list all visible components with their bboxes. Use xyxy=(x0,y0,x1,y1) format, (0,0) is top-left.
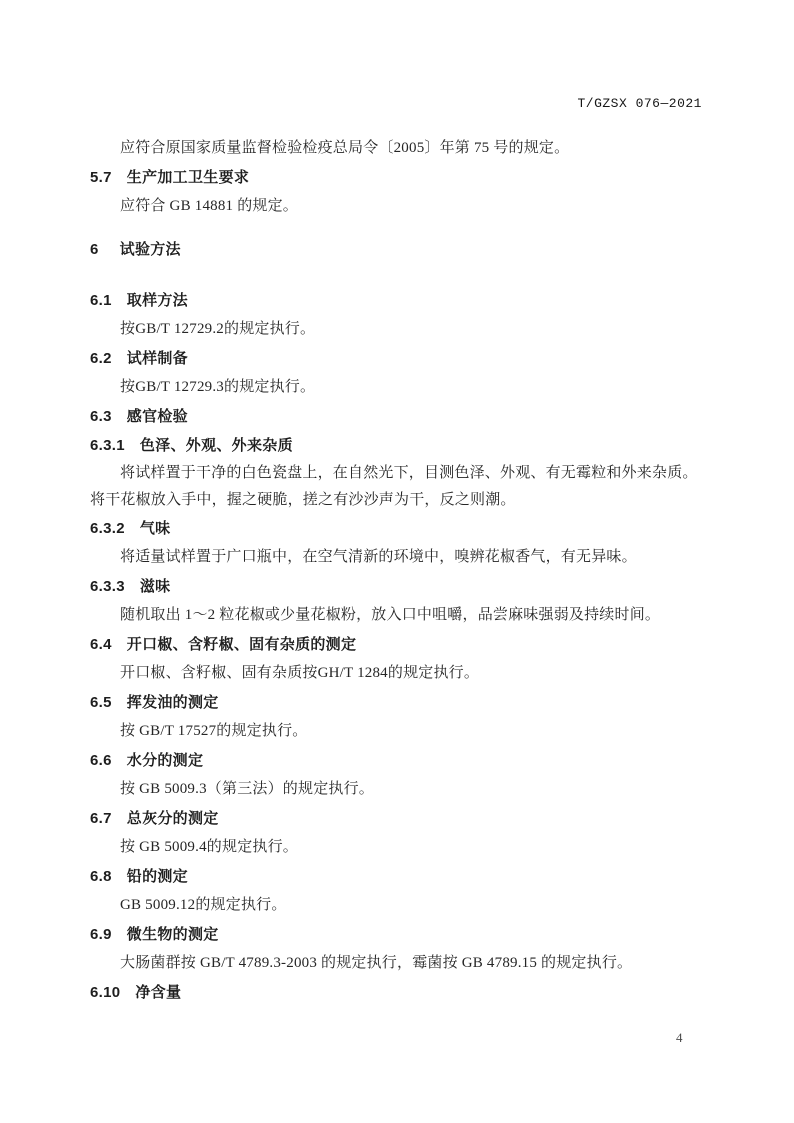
heading-number: 6.3.3 xyxy=(90,572,125,601)
heading-number: 6.8 xyxy=(90,862,112,891)
heading-6-7: 6.7 总灰分的测定 xyxy=(90,804,700,833)
heading-title: 感官检验 xyxy=(127,402,188,431)
para-6-7: 按 GB 5009.4的规定执行。 xyxy=(90,833,700,862)
heading-number: 6.3.1 xyxy=(90,431,125,460)
heading-6-9: 6.9 微生物的测定 xyxy=(90,920,700,949)
para-6-4: 开口椒、含籽椒、固有杂质按GH/T 1284的规定执行。 xyxy=(90,659,700,688)
heading-number: 6.4 xyxy=(90,630,112,659)
heading-6-6: 6.6 水分的测定 xyxy=(90,746,700,775)
para-6-2: 按GB/T 12729.3的规定执行。 xyxy=(90,373,700,402)
para-6-3-1: 将试样置于干净的白色瓷盘上，在自然光下，目测色泽、外观、有无霉粒和外来杂质。将干… xyxy=(90,460,700,514)
heading-title: 气味 xyxy=(140,514,171,543)
heading-number: 6.3.2 xyxy=(90,514,125,543)
heading-6-5: 6.5 挥发油的测定 xyxy=(90,688,700,717)
heading-title: 开口椒、含籽椒、固有杂质的测定 xyxy=(127,630,357,659)
heading-title: 铅的测定 xyxy=(127,862,188,891)
heading-6-3-2: 6.3.2 气味 xyxy=(90,514,700,543)
para-6-9: 大肠菌群按 GB/T 4789.3-2003 的规定执行，霉菌按 GB 4789… xyxy=(90,949,700,978)
heading-6-3-1: 6.3.1 色泽、外观、外来杂质 xyxy=(90,431,700,460)
heading-6-8: 6.8 铅的测定 xyxy=(90,862,700,891)
heading-title: 微生物的测定 xyxy=(127,920,219,949)
page-number: 4 xyxy=(676,1030,683,1046)
para-6-5: 按 GB/T 17527的规定执行。 xyxy=(90,717,700,746)
heading-title: 水分的测定 xyxy=(127,746,204,775)
para-5-6-reference: 应符合原国家质量监督检验检疫总局令〔2005〕年第 75 号的规定。 xyxy=(90,134,700,163)
heading-title: 生产加工卫生要求 xyxy=(127,163,249,192)
heading-title: 取样方法 xyxy=(127,286,188,315)
heading-title: 试样制备 xyxy=(127,344,188,373)
heading-6-1: 6.1 取样方法 xyxy=(90,286,700,315)
heading-title: 滋味 xyxy=(140,572,171,601)
heading-number: 6 xyxy=(90,235,99,264)
heading-number: 6.1 xyxy=(90,286,112,315)
heading-number: 6.10 xyxy=(90,978,120,1007)
heading-title: 总灰分的测定 xyxy=(127,804,219,833)
heading-6-4: 6.4 开口椒、含籽椒、固有杂质的测定 xyxy=(90,630,700,659)
heading-number: 6.5 xyxy=(90,688,112,717)
heading-number: 6.9 xyxy=(90,920,112,949)
para-6-3-3: 随机取出 1～2 粒花椒或少量花椒粉，放入口中咀嚼，品尝麻味强弱及持续时间。 xyxy=(90,601,700,630)
heading-6-2: 6.2 试样制备 xyxy=(90,344,700,373)
document-page: T/GZSX 076—2021 应符合原国家质量监督检验检疫总局令〔2005〕年… xyxy=(0,0,794,1123)
heading-number: 6.3 xyxy=(90,402,112,431)
para-6-1: 按GB/T 12729.2的规定执行。 xyxy=(90,315,700,344)
heading-title: 试验方法 xyxy=(120,235,181,264)
heading-title: 色泽、外观、外来杂质 xyxy=(140,431,293,460)
heading-6-3-3: 6.3.3 滋味 xyxy=(90,572,700,601)
heading-title: 净含量 xyxy=(135,978,181,1007)
heading-chapter-6: 6 试验方法 xyxy=(90,235,700,264)
heading-number: 6.7 xyxy=(90,804,112,833)
para-6-8: GB 5009.12的规定执行。 xyxy=(90,891,700,920)
standard-code-header: T/GZSX 076—2021 xyxy=(577,96,702,111)
para-5-7: 应符合 GB 14881 的规定。 xyxy=(90,192,700,221)
heading-number: 6.2 xyxy=(90,344,112,373)
heading-6-3: 6.3 感官检验 xyxy=(90,402,700,431)
document-body: 应符合原国家质量监督检验检疫总局令〔2005〕年第 75 号的规定。 5.7 生… xyxy=(90,134,700,1007)
para-6-3-2: 将适量试样置于广口瓶中，在空气清新的环境中，嗅辨花椒香气，有无异味。 xyxy=(90,543,700,572)
heading-5-7: 5.7 生产加工卫生要求 xyxy=(90,163,700,192)
heading-6-10: 6.10 净含量 xyxy=(90,978,700,1007)
para-6-6: 按 GB 5009.3（第三法）的规定执行。 xyxy=(90,775,700,804)
heading-number: 5.7 xyxy=(90,163,112,192)
heading-number: 6.6 xyxy=(90,746,112,775)
heading-title: 挥发油的测定 xyxy=(127,688,219,717)
